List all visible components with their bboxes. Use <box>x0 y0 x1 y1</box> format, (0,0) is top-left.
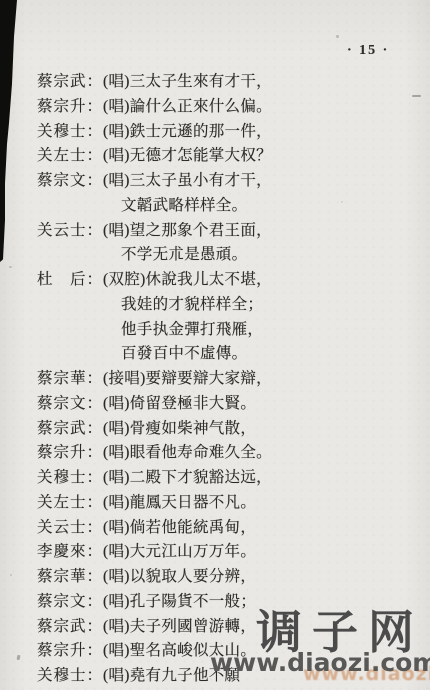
script-line: 关穆士：(唱)二殿下才貌豁达远， <box>0 467 430 489</box>
lyric-text: (接唱)要辯要辯大家辯， <box>103 370 272 387</box>
script-line: 蔡宗文：(唱)三太子虽小有才干， <box>0 170 430 192</box>
lyric-text: 我娃的才貌样样全； <box>121 296 263 313</box>
script-line: 蔡宗武：(唱)骨瘦如柴神气散， <box>0 418 430 440</box>
speaker-name: 蔡宗華： <box>37 568 103 585</box>
lyric-text: (唱)以貌取人要分辨， <box>103 568 256 585</box>
scan-speck <box>9 266 12 268</box>
lyric-text: 百發百中不虛傳。 <box>121 345 247 362</box>
scan-speck <box>336 35 339 38</box>
speaker-name: 关云士： <box>37 222 103 239</box>
lyric-text: (唱)倚留登極非大賢。 <box>103 395 256 412</box>
speaker-name: 关穆士： <box>37 667 103 684</box>
speaker-name: 关云士： <box>37 519 103 536</box>
speaker-name: 蔡宗文： <box>37 395 103 412</box>
speaker-name: 蔡宗武： <box>37 420 103 437</box>
script-line: 蔡宗升：(唱)論什么正來什么偏。 <box>0 96 430 118</box>
lyric-text: (唱)二殿下才貌豁达远， <box>103 469 272 486</box>
script-line: 李慶來：(唱)大元江山万万年。 <box>0 541 430 563</box>
lyric-text: (唱)三太子虽小有才干， <box>103 172 272 189</box>
lyric-text: (双腔)休說我儿太不堪， <box>103 271 272 288</box>
speaker-name: 蔡宗華： <box>37 370 103 387</box>
lyric-text: (唱)孔子陽貨不一般； <box>103 593 256 610</box>
speaker-name: 蔡宗升： <box>37 444 103 461</box>
script-line: 百發百中不虛傳。 <box>0 343 430 365</box>
script-line: 关左士：(唱)无德才怎能掌大权？ <box>0 145 430 167</box>
script-line: 蔡宗華：(接唱)要辯要辯大家辯， <box>0 368 430 390</box>
lyric-text: (唱)三太子生來有才干， <box>103 73 272 90</box>
scan-speck <box>412 95 421 97</box>
speaker-name: 蔡宗文： <box>37 172 103 189</box>
lyric-text: (唱)望之那象个君王面， <box>103 222 272 239</box>
lyric-text: (唱)无德才怎能掌大权？ <box>103 147 272 164</box>
lyric-text: (唱)龍鳳天日器不凡。 <box>103 494 256 511</box>
lyric-text: (唱)倘若他能統禹甸， <box>103 519 256 536</box>
lyric-text: (唱)論什么正來什么偏。 <box>103 98 272 115</box>
lyric-text: 文韜武略样样全。 <box>121 197 247 214</box>
speaker-name: 蔡宗升： <box>37 642 103 659</box>
script-line: 蔡宗武：(唱)三太子生來有才干， <box>0 71 430 93</box>
lyric-text: 他手执金彈打飛雁， <box>121 321 263 338</box>
script-line: 我娃的才貌样样全； <box>0 294 430 316</box>
script-line: 不学无朮是愚頑。 <box>0 244 430 266</box>
script-line: 关云士：(唱)倘若他能統禹甸， <box>0 517 430 539</box>
script-line: 杜 后：(双腔)休說我儿太不堪， <box>0 269 430 291</box>
scanned-opera-script-page: · 15 · 蔡宗武：(唱)三太子生來有才干，蔡宗升：(唱)論什么正來什么偏。关… <box>0 0 430 690</box>
script-line: 蔡宗華：(唱)以貌取人要分辨， <box>0 566 430 588</box>
scan-speck <box>341 201 343 203</box>
script-line: 蔡宗升：(唱)眼看他寿命难久全。 <box>0 442 430 464</box>
script-line: 他手执金彈打飛雁， <box>0 319 430 341</box>
lyric-text: (唱)鉄士元遜的那一件， <box>103 123 272 140</box>
lyric-text: (唱)眼看他寿命难久全。 <box>103 444 272 461</box>
script-text-block: 蔡宗武：(唱)三太子生來有才干，蔡宗升：(唱)論什么正來什么偏。关穆士：(唱)鉄… <box>0 0 430 690</box>
script-line: 关左士：(唱)龍鳳天日器不凡。 <box>0 492 430 514</box>
script-line: 蔡宗文：(唱)倚留登極非大賢。 <box>0 393 430 415</box>
speaker-name: 蔡宗文： <box>37 593 103 610</box>
scan-speck <box>10 574 12 576</box>
speaker-name: 蔡宗武： <box>37 618 103 635</box>
speaker-name: 关左士： <box>37 494 103 511</box>
lyric-text: (唱)骨瘦如柴神气散， <box>103 420 256 437</box>
speaker-name: 蔡宗升： <box>37 98 103 115</box>
speaker-name: 杜 后： <box>37 271 103 288</box>
speaker-name: 蔡宗武： <box>37 73 103 90</box>
watermark-url: www.diaozi.com <box>210 648 430 678</box>
lyric-text: (唱)夫子列國曾游轉， <box>103 618 256 635</box>
speaker-name: 关穆士： <box>37 469 103 486</box>
lyric-text: 不学无朮是愚頑。 <box>121 246 247 263</box>
speaker-name: 关穆士： <box>37 123 103 140</box>
lyric-text: (唱)大元江山万万年。 <box>103 543 256 560</box>
speaker-name: 李慶來： <box>37 543 103 560</box>
script-line: 关云士：(唱)望之那象个君王面， <box>0 220 430 242</box>
script-line: 文韜武略样样全。 <box>0 195 430 217</box>
speaker-name: 关左士： <box>37 147 103 164</box>
script-line: 关穆士：(唱)鉄士元遜的那一件， <box>0 121 430 143</box>
